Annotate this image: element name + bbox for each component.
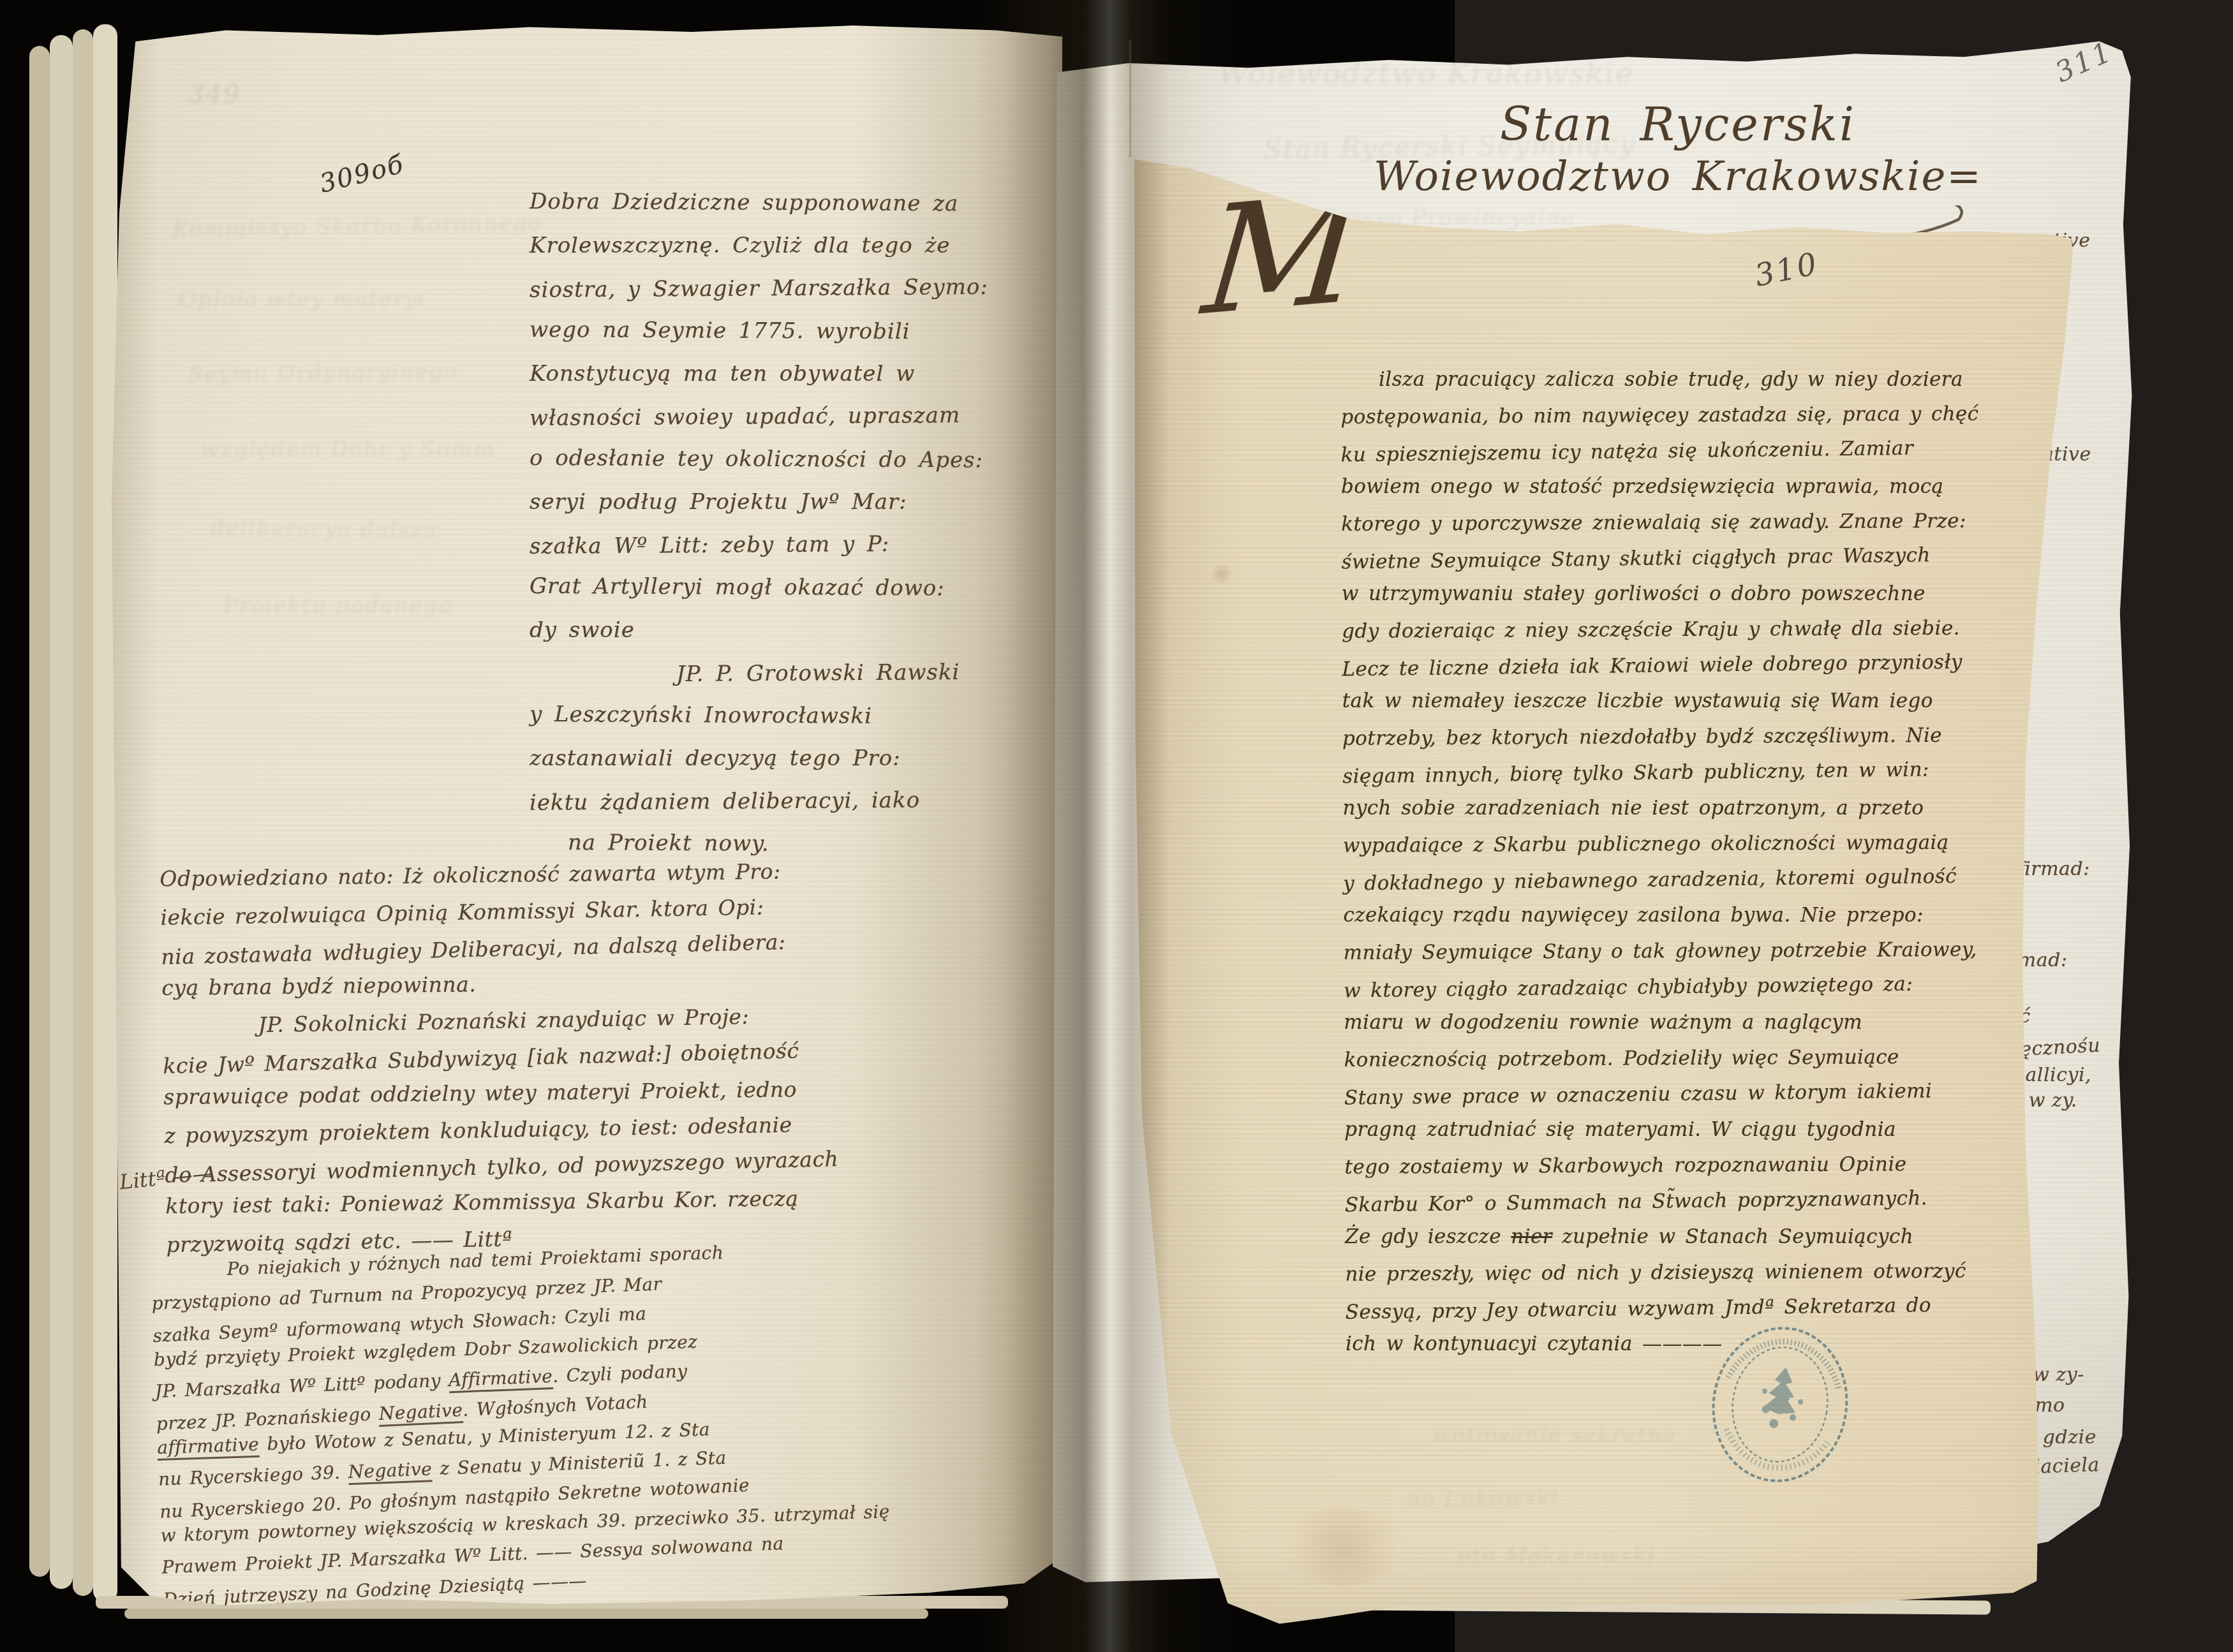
text-line: ku spieszniejszemu icy natęża się ukończ… [1340, 429, 2027, 473]
text-line: koniecznością potrzebom. Podzieliły więc… [1344, 1038, 2029, 1078]
text-segment: zupełnie w Stanach Seymuiących [1552, 1225, 1913, 1248]
text-line: Kommissya Skarbu Koronnego [172, 210, 543, 242]
text-line: dy swoie [530, 609, 1046, 652]
text-line: Sessyą, przy Jey otwarciu wzywam Jmdª Se… [1345, 1286, 2031, 1330]
text-line: Grat Artylleryi mogł okazać dowo: [530, 565, 1046, 610]
text-line: Krolewszczyznę. Czyliż dla tego że [530, 225, 1046, 267]
text-block-lower: Po niejakich y różnych nad temi Proiekta… [150, 1225, 1075, 1611]
paper-stain [1273, 1508, 1413, 1585]
text-line: wotowanie sekretne [1432, 1422, 1677, 1448]
struck-word: nier [1511, 1225, 1552, 1248]
text-line: Opinia wtey materyi [179, 287, 426, 313]
text-line: świetne Seymuiące Stany skutki ciągłych … [1341, 536, 2028, 580]
text-line: 349 [188, 80, 241, 109]
text-line: na Lukowski [1407, 1485, 1559, 1513]
page-stack-edge [93, 24, 117, 1602]
text-block-middle: Odpowiedziano nato: Iż okoliczność zawar… [159, 848, 1060, 1263]
paper-stain [1209, 564, 1235, 584]
text-line: czekaiący rządu naywięcey zasilona bywa.… [1343, 897, 2029, 933]
text-line: własności swoiey upadać, upraszam [530, 394, 1046, 440]
text-line: iektu żądaniem deliberacyi, iako [530, 778, 1046, 825]
text-line: oto Makanowski [1458, 1544, 1656, 1569]
text-line: Że gdy ieszcze nier zupełnie w Stanach S… [1345, 1219, 2031, 1255]
underlined-word: Affirmative [448, 1366, 553, 1393]
text-segment: nu Rycerskiego 39. [158, 1461, 349, 1489]
left-page-folio-309v: 349Kommissya Skarbu KoronnegoOpinia wtey… [112, 22, 1062, 1612]
text-line: wego na Seymie 1775. wyrobili [530, 309, 1046, 354]
underlined-word: affirmative [157, 1434, 260, 1461]
archive-ink-stamp [1705, 1322, 1855, 1487]
text-line: ktorego y uporczywsze zniewalaią się zaw… [1341, 503, 2027, 542]
text-line: deliberacya dalsza [211, 515, 438, 543]
text-line: Proiektu podanego [223, 593, 453, 619]
text-line: Seymu Ordynaryinego [188, 359, 459, 387]
text-line: tego zostaiemy w Skarbowych rozpoznawani… [1344, 1146, 2030, 1185]
text-line: Skarbu Kor° o Summach na St̃wach poprzyz… [1344, 1179, 2031, 1223]
underlined-word: Negative [348, 1458, 433, 1485]
text-line: mniały Seymuiące Stany o tak głowney pot… [1344, 931, 2029, 971]
text-line: y Leszczyński Inowrocławski [530, 693, 1046, 739]
text-line: potrzeby, bez ktorych niezdołałby bydź s… [1342, 717, 2028, 756]
text-line: JP. P. Grotowski Rawski [676, 651, 1046, 696]
text-line: pragną zatrudniać się materyami. W ciągu… [1344, 1112, 2030, 1147]
text-line: seryi podług Projektu Jwº Mar: [530, 481, 1046, 524]
text-line: bowiem onego w statość przedsięwzięcia w… [1341, 469, 2027, 505]
text-line: miaru w dogodzeniu rownie ważnym a naglą… [1344, 1005, 2029, 1040]
text-line: nie przeszły, więc od nich y dzisieyszą … [1345, 1253, 2031, 1292]
text-segment: Że gdy ieszcze [1345, 1225, 1511, 1248]
folio-note-309: 309об [316, 149, 407, 198]
text-line: siostra, y Szwagier Marszałka Seymo: [530, 265, 1046, 312]
page-stack-edge [29, 46, 50, 1577]
text-line: względem Dobr y Summ [201, 437, 495, 462]
text-line: Dobra Dziedziczne supponowane za [530, 181, 1046, 226]
text-line: zastanawiali decyzyą tego Pro: [530, 737, 1046, 780]
underlined-word: Negative [378, 1399, 463, 1427]
text-line: tak w niemałey ieszcze liczbie wystawuią… [1342, 683, 2028, 719]
text-segment: . Czyli podany [552, 1361, 688, 1387]
page-stack-edge [73, 29, 93, 1596]
manuscript-scan: 349Kommissya Skarbu KoronnegoOpinia wtey… [0, 0, 2233, 1652]
text-line: postępowania, bo nim naywięcey zastadza … [1340, 395, 2026, 435]
folio-number-310: 310 [1751, 246, 1821, 294]
text-line: szałka Wº Litt: zeby tam y P: [530, 522, 1046, 568]
text-line: Konstytucyą ma ten obywatel w [530, 353, 1046, 395]
text-line: w ktorey ciągło zaradzaiąc chybiałyby po… [1344, 964, 2030, 1008]
text-line: y dokładnego y niebawnego zaradzenia, kt… [1343, 857, 2029, 901]
page-stack-edge [50, 35, 73, 1589]
text-segment: JP. Marszałka Wº Littº podany [154, 1369, 449, 1402]
text-line: gdy dozieraiąc z niey szczęście Kraju y … [1342, 610, 2028, 649]
text-line: nych sobie zaradzeniach nie iest opatrzo… [1343, 790, 2029, 826]
text-line: sięgam innych, biorę tylko Skarb publicz… [1342, 750, 2029, 794]
text-line: o odesłanie tey okoliczności do Apes: [530, 437, 1046, 482]
inserted-sheet-folio-310: wotowanie sekretnena Lukowskioto Makanow… [1132, 156, 2075, 1630]
text-block-upper: Dobra Dziedziczne supponowane zaKrolewsz… [530, 182, 1046, 866]
text-line: ich w kontynuacyi czytania ———— [1346, 1326, 2031, 1362]
text-line: Lecz te liczne dzieła iak Kraiowi wiele … [1342, 643, 2028, 687]
text-line: Stany swe prace w oznaczeniu czasu w kto… [1344, 1072, 2031, 1116]
page-stack-edge-bottom [124, 1609, 928, 1619]
text-line: ilsza pracuiący zalicza sobie trudę, gdy… [1379, 362, 2026, 397]
text-line: w utrzymywaniu stałey gorliwości o dobro… [1342, 576, 2028, 612]
text-segment: . Wgłośnych Votach [462, 1391, 648, 1420]
sheet-edge-crease [1129, 40, 1131, 158]
text-line: wypadaiące z Skarbu publicznego okoliczn… [1343, 824, 2029, 864]
letter-body-text: ilsza pracuiący zalicza sobie trudę, gdy… [1340, 360, 2031, 1364]
